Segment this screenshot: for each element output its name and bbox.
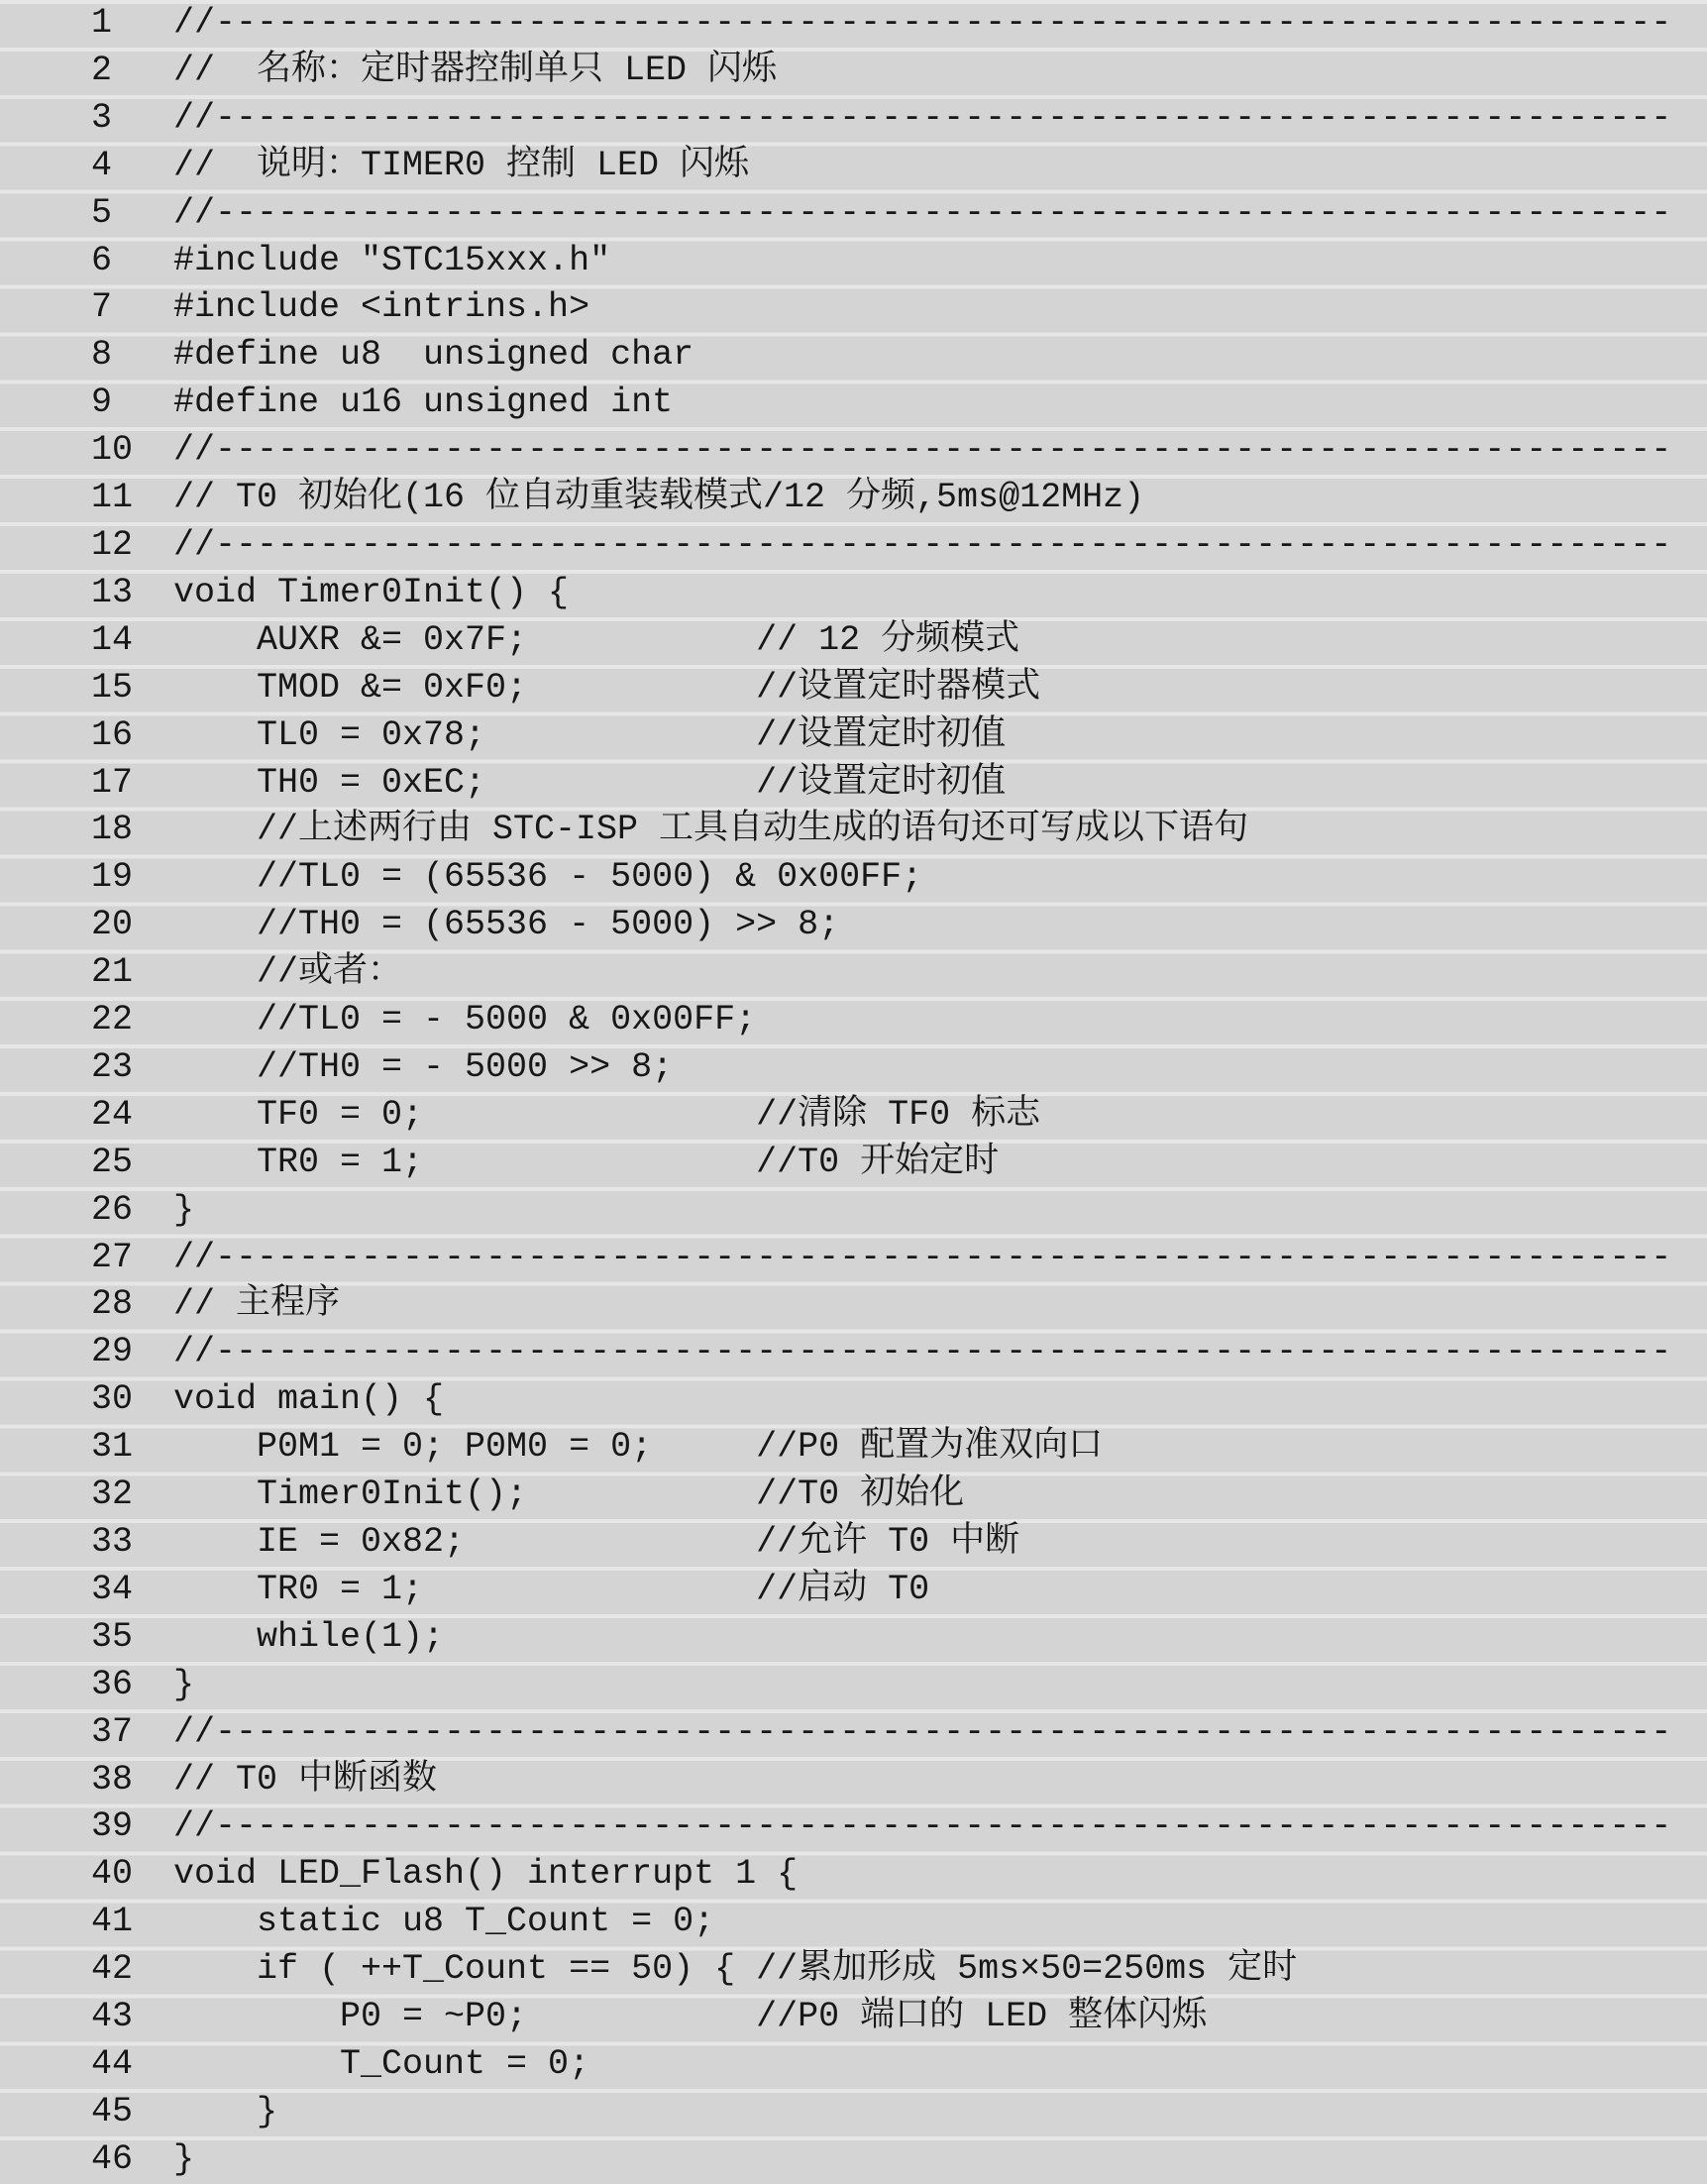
code-text: TF0 = 0; //清除 TF0 标志 [173, 1092, 1040, 1140]
line-number: 45 [91, 2089, 133, 2136]
code-text: static u8 T_Count = 0; [173, 1899, 714, 1946]
code-line-row: 43 P0 = ~P0; //P0 端口的 LED 整体闪烁 [0, 1994, 1707, 2041]
code-line-row: 42 if ( ++T_Count == 50) { //累加形成 5ms×50… [0, 1946, 1707, 1994]
code-text: //或者： [173, 949, 402, 997]
code-text: TR0 = 1; //启动 T0 [173, 1567, 929, 1614]
code-text: TL0 = 0x78; //设置定时初值 [173, 712, 1006, 760]
code-text: } [173, 1187, 194, 1235]
code-line-row: 7 #include <intrins.h> [0, 284, 1707, 332]
code-text: #define u8 unsigned char [173, 332, 693, 380]
code-text: // T0 初始化(16 位自动重装载模式/12 分频,5ms@12MHz) [173, 475, 1144, 522]
code-line-row: 45 } [0, 2089, 1707, 2136]
code-text: //上述两行由 STC-ISP 工具自动生成的语句还可写成以下语句 [173, 807, 1248, 854]
code-line-row: 28 // 主程序 [0, 1281, 1707, 1329]
line-number: 13 [91, 570, 133, 617]
code-text: //--------------------------------------… [173, 427, 1671, 475]
code-text: //--------------------------------------… [173, 1235, 1671, 1282]
code-line-row: 44 T_Count = 0; [0, 2041, 1707, 2089]
line-number: 9 [91, 380, 112, 427]
code-text: //TL0 = - 5000 & 0x00FF; [173, 997, 756, 1044]
code-line-row: 46 } [0, 2136, 1707, 2184]
line-number: 29 [91, 1329, 133, 1376]
code-line-row: 35 while(1); [0, 1614, 1707, 1662]
line-number: 22 [91, 997, 133, 1044]
line-number: 41 [91, 1899, 133, 1946]
code-line-row: 3 //------------------------------------… [0, 95, 1707, 143]
line-number: 7 [91, 284, 112, 332]
line-number: 33 [91, 1519, 133, 1567]
code-text: //TL0 = (65536 - 5000) & 0x00FF; [173, 854, 922, 902]
line-number: 21 [91, 949, 133, 997]
code-line-row: 38 // T0 中断函数 [0, 1757, 1707, 1804]
code-line-row: 27 //-----------------------------------… [0, 1235, 1707, 1282]
code-line-row: 18 //上述两行由 STC-ISP 工具自动生成的语句还可写成以下语句 [0, 807, 1707, 854]
line-number: 30 [91, 1376, 133, 1424]
code-line-row: 39 //-----------------------------------… [0, 1803, 1707, 1851]
code-text: //--------------------------------------… [173, 190, 1671, 238]
code-text: #include <intrins.h> [173, 284, 589, 332]
code-text: P0M1 = 0; P0M0 = 0; //P0 配置为准双向口 [173, 1424, 1103, 1472]
line-number: 20 [91, 902, 133, 949]
code-line-row: 25 TR0 = 1; //T0 开始定时 [0, 1140, 1707, 1187]
code-text: #include "STC15xxx.h" [173, 238, 610, 285]
code-text: //--------------------------------------… [173, 0, 1671, 48]
line-number: 34 [91, 1567, 133, 1614]
code-line-row: 20 //TH0 = (65536 - 5000) >> 8; [0, 902, 1707, 949]
code-line-row: 22 //TL0 = - 5000 & 0x00FF; [0, 997, 1707, 1044]
code-text: //--------------------------------------… [173, 1329, 1671, 1376]
code-line-row: 6 #include "STC15xxx.h" [0, 238, 1707, 285]
line-number: 23 [91, 1044, 133, 1092]
code-text: } [173, 2089, 277, 2136]
code-text: } [173, 1662, 194, 1709]
code-text: while(1); [173, 1614, 444, 1662]
code-line-row: 14 AUXR &= 0x7F; // 12 分频模式 [0, 617, 1707, 665]
line-number: 44 [91, 2041, 133, 2089]
line-number: 39 [91, 1803, 133, 1851]
code-line-row: 2 // 名称：定时器控制单只 LED 闪烁 [0, 48, 1707, 95]
code-line-row: 11 // T0 初始化(16 位自动重装载模式/12 分频,5ms@12MHz… [0, 475, 1707, 522]
line-number: 42 [91, 1946, 133, 1994]
code-line-row: 24 TF0 = 0; //清除 TF0 标志 [0, 1092, 1707, 1140]
code-text: Timer0Init(); //T0 初始化 [173, 1472, 964, 1519]
line-number: 40 [91, 1851, 133, 1899]
code-line-row: 4 // 说明：TIMER0 控制 LED 闪烁 [0, 143, 1707, 190]
code-line-row: 17 TH0 = 0xEC; //设置定时初值 [0, 760, 1707, 808]
line-number: 18 [91, 807, 133, 854]
code-text: TMOD &= 0xF0; //设置定时器模式 [173, 665, 1040, 712]
code-text: // 名称：定时器控制单只 LED 闪烁 [173, 48, 777, 95]
line-number: 10 [91, 427, 133, 475]
code-text: #define u16 unsigned int [173, 380, 673, 427]
line-number: 1 [91, 0, 112, 48]
line-number: 35 [91, 1614, 133, 1662]
line-number: 37 [91, 1709, 133, 1757]
code-line-row: 8 #define u8 unsigned char [0, 332, 1707, 380]
line-number: 3 [91, 95, 112, 143]
line-number: 6 [91, 238, 112, 285]
code-line-row: 34 TR0 = 1; //启动 T0 [0, 1567, 1707, 1614]
code-line-row: 13 void Timer0Init() { [0, 570, 1707, 617]
code-line-row: 10 //-----------------------------------… [0, 427, 1707, 475]
code-line-row: 36 } [0, 1662, 1707, 1709]
line-number: 25 [91, 1140, 133, 1187]
code-text: if ( ++T_Count == 50) { //累加形成 5ms×50=25… [173, 1946, 1297, 1994]
code-text: void LED_Flash() interrupt 1 { [173, 1851, 798, 1899]
line-number: 17 [91, 760, 133, 808]
code-line-row: 26 } [0, 1187, 1707, 1235]
code-line-row: 16 TL0 = 0x78; //设置定时初值 [0, 712, 1707, 760]
code-text: // 说明：TIMER0 控制 LED 闪烁 [173, 143, 749, 190]
code-text: TH0 = 0xEC; //设置定时初值 [173, 760, 1006, 808]
line-number: 14 [91, 617, 133, 665]
line-number: 5 [91, 190, 112, 238]
line-number: 31 [91, 1424, 133, 1472]
code-text: TR0 = 1; //T0 开始定时 [173, 1140, 999, 1187]
code-text: IE = 0x82; //允许 T0 中断 [173, 1519, 1019, 1567]
code-line-row: 15 TMOD &= 0xF0; //设置定时器模式 [0, 665, 1707, 712]
code-text: //TH0 = (65536 - 5000) >> 8; [173, 902, 839, 949]
line-number: 24 [91, 1092, 133, 1140]
line-number: 16 [91, 712, 133, 760]
code-text: } [173, 2136, 194, 2184]
line-number: 46 [91, 2136, 133, 2184]
line-number: 36 [91, 1662, 133, 1709]
line-number: 28 [91, 1281, 133, 1329]
code-line-row: 30 void main() { [0, 1376, 1707, 1424]
line-number: 32 [91, 1472, 133, 1519]
code-line-row: 33 IE = 0x82; //允许 T0 中断 [0, 1519, 1707, 1567]
code-line-row: 21 //或者： [0, 949, 1707, 997]
line-number: 12 [91, 522, 133, 570]
code-line-row: 9 #define u16 unsigned int [0, 380, 1707, 427]
code-line-row: 19 //TL0 = (65536 - 5000) & 0x00FF; [0, 854, 1707, 902]
line-number: 15 [91, 665, 133, 712]
code-listing: 1 //------------------------------------… [0, 0, 1707, 2184]
code-text: //TH0 = - 5000 >> 8; [173, 1044, 673, 1092]
code-text: // 主程序 [173, 1281, 340, 1329]
code-text: void Timer0Init() { [173, 570, 569, 617]
code-line-row: 31 P0M1 = 0; P0M0 = 0; //P0 配置为准双向口 [0, 1424, 1707, 1472]
line-number: 38 [91, 1757, 133, 1804]
code-text: T_Count = 0; [173, 2041, 589, 2089]
line-number: 11 [91, 475, 133, 522]
line-number: 4 [91, 143, 112, 190]
code-text: P0 = ~P0; //P0 端口的 LED 整体闪烁 [173, 1994, 1207, 2041]
line-number: 43 [91, 1994, 133, 2041]
code-text: //--------------------------------------… [173, 522, 1671, 570]
code-line-row: 29 //-----------------------------------… [0, 1329, 1707, 1376]
code-text: // T0 中断函数 [173, 1757, 437, 1804]
code-text: AUXR &= 0x7F; // 12 分频模式 [173, 617, 1019, 665]
code-line-row: 41 static u8 T_Count = 0; [0, 1899, 1707, 1946]
code-line-row: 37 //-----------------------------------… [0, 1709, 1707, 1757]
line-number: 8 [91, 332, 112, 380]
code-text: void main() { [173, 1376, 444, 1424]
code-line-row: 32 Timer0Init(); //T0 初始化 [0, 1472, 1707, 1519]
code-line-row: 23 //TH0 = - 5000 >> 8; [0, 1044, 1707, 1092]
code-text: //--------------------------------------… [173, 1709, 1671, 1757]
code-text: //--------------------------------------… [173, 95, 1671, 143]
code-line-row: 12 //-----------------------------------… [0, 522, 1707, 570]
code-line-row: 1 //------------------------------------… [0, 0, 1707, 48]
line-number: 26 [91, 1187, 133, 1235]
code-line-row: 5 //------------------------------------… [0, 190, 1707, 238]
line-number: 2 [91, 48, 112, 95]
code-line-row: 40 void LED_Flash() interrupt 1 { [0, 1851, 1707, 1899]
line-number: 27 [91, 1235, 133, 1282]
code-text: //--------------------------------------… [173, 1803, 1671, 1851]
line-number: 19 [91, 854, 133, 902]
